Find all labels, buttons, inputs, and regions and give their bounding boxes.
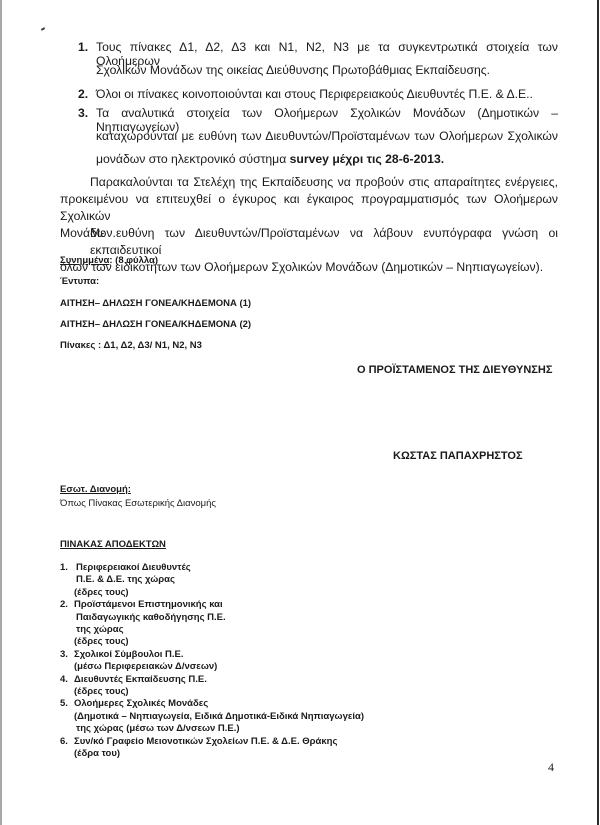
- page-number: 4: [548, 760, 554, 775]
- recipient-line: Διευθυντές Εκπαίδευσης Π.Ε.: [74, 674, 364, 686]
- list-number: 2.: [78, 87, 88, 101]
- recipient-line: Π.Ε. & Δ.Ε. της χώρας: [74, 574, 364, 586]
- signature-name: ΚΩΣΤΑΣ ΠΑΠΑΧΡΗΣΤΟΣ: [393, 450, 523, 462]
- recipient-item: 6. Συν/κό Γραφείο Μειονοτικών Σχολείων Π…: [60, 736, 364, 761]
- recipient-item: 3. Σχολικοί Σύμβουλοι Π.Ε. (μέσω Περιφερ…: [60, 649, 364, 674]
- recipient-line: (Δημοτικά – Νηπιαγωγεία, Ειδικά Δημοτικά…: [74, 711, 364, 723]
- recipient-number: 1.: [60, 562, 68, 574]
- scan-border-left: [0, 0, 2, 825]
- attachments-label: Συνημμένα: [60, 255, 109, 266]
- paragraph-line: Με ευθύνη των Διευθυντών/Προϊσταμένων να…: [60, 225, 558, 259]
- recipients-title: ΠΙΝΑΚΑΣ ΑΠΟΔΕΚΤΩΝ: [60, 539, 166, 550]
- recipient-line: της χώρας (μέσω των Δ/νσεων Π.Ε.): [74, 723, 364, 735]
- signature-title: Ο ΠΡΟΪΣΤΑΜΕΝΟΣ ΤΗΣ ΔΙΕΥΘΥΝΣΗΣ: [357, 364, 552, 376]
- paragraph-line: Παρακαλούνται τα Στελέχη της Εκπαίδευσης…: [60, 174, 558, 191]
- recipient-line: Περιφερειακοί Διευθυντές: [74, 562, 364, 574]
- deadline-text: survey μέχρι τις 28-6-2013.: [290, 152, 444, 166]
- recipient-line: (έδρες τους): [74, 587, 364, 599]
- recipient-item: 4. Διευθυντές Εκπαίδευσης Π.Ε. (έδρες το…: [60, 674, 364, 699]
- recipient-line: Σχολικοί Σύμβουλοι Π.Ε.: [74, 649, 364, 661]
- list-item-text: καταχωρούνται με ευθύνη των Διευθυντών/Π…: [96, 129, 558, 143]
- recipient-number: 4.: [60, 674, 68, 686]
- list-item-text-plain: μονάδων στο ηλεκτρονικό σύστημα: [96, 152, 290, 166]
- recipient-line: της χώρας: [74, 624, 364, 636]
- recipient-item: 1. Περιφερειακοί Διευθυντές Π.Ε. & Δ.Ε. …: [60, 562, 364, 599]
- recipient-line: (έδρες τους): [74, 686, 364, 698]
- list-item-text: μονάδων στο ηλεκτρονικό σύστημα survey μ…: [96, 152, 444, 166]
- paragraph-2: Με ευθύνη των Διευθυντών/Προϊσταμένων να…: [60, 225, 558, 276]
- recipient-line: Παιδαγωγικής καθοδήγησης Π.Ε.: [74, 612, 364, 624]
- recipient-line: Ολοήμερες Σχολικές Μονάδες: [74, 698, 364, 710]
- list-item-text: Όλοι οι πίνακες κοινοποιούνται και στους…: [96, 87, 533, 101]
- attachment-item: Πίνακες : Δ1, Δ2, Δ3/ Ν1, Ν2, Ν3: [60, 340, 202, 351]
- attachment-item: ΑΙΤΗΣΗ– ΔΗΛΩΣΗ ΓΟΝΕΑ/ΚΗΔΕΜΟΝΑ (1): [60, 298, 251, 309]
- internal-distribution-label: Εσωτ. Διανομή:: [60, 484, 131, 495]
- list-number: 3.: [78, 106, 88, 120]
- recipient-line: (έδρα του): [74, 748, 364, 760]
- recipient-line: (μέσω Περιφερειακών Δ/νσεων): [74, 661, 364, 673]
- recipient-line: Προϊστάμενοι Επιστημονικής και: [74, 599, 364, 611]
- paragraph-line: προκειμένου να επιτευχθεί ο έγκυρος και …: [60, 191, 558, 225]
- list-number: 1.: [78, 40, 88, 54]
- recipient-number: 3.: [60, 649, 68, 661]
- recipient-item: 5. Ολοήμερες Σχολικές Μονάδες (Δημοτικά …: [60, 698, 364, 735]
- scan-border-right: [597, 0, 599, 825]
- recipient-number: 6.: [60, 736, 68, 748]
- attachments-heading: Συνημμένα: (8 φύλλα): [60, 255, 158, 266]
- forms-label: Έντυπα:: [60, 276, 99, 287]
- scan-speck: [41, 27, 45, 31]
- recipient-item: 2. Προϊστάμενοι Επιστημονικής και Παιδαγ…: [60, 599, 364, 649]
- recipients-list: 1. Περιφερειακοί Διευθυντές Π.Ε. & Δ.Ε. …: [60, 562, 364, 761]
- list-item-text: Σχολικών Μονάδων της οικείας Διεύθυνσης …: [96, 63, 490, 77]
- recipient-number: 2.: [60, 599, 68, 611]
- recipient-line: (έδρες τους): [74, 636, 364, 648]
- recipient-line: Συν/κό Γραφείο Μειονοτικών Σχολείων Π.Ε.…: [74, 736, 364, 748]
- internal-distribution-text: Όπως Πίνακας Εσωτερικής Διανομής: [60, 498, 216, 509]
- attachments-count: : (8 φύλλα): [109, 255, 158, 266]
- recipient-number: 5.: [60, 698, 68, 710]
- attachment-item: ΑΙΤΗΣΗ– ΔΗΛΩΣΗ ΓΟΝΕΑ/ΚΗΔΕΜΟΝΑ (2): [60, 319, 251, 330]
